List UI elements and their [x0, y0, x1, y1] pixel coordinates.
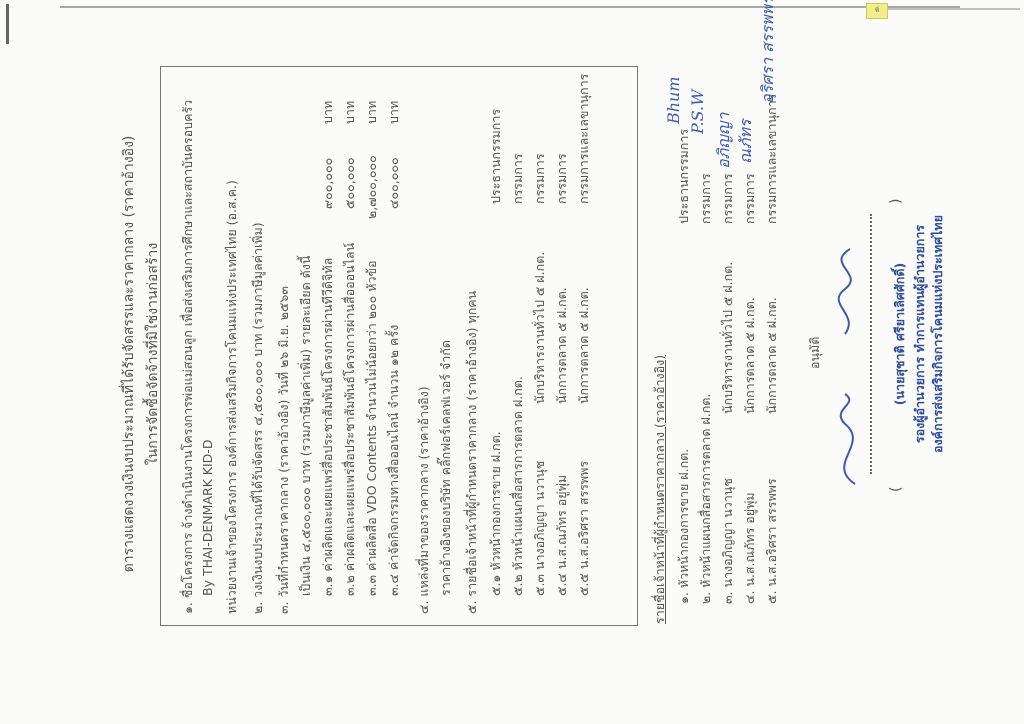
- signature: Bhum: [664, 76, 683, 124]
- cost-unit: บาท: [340, 101, 360, 124]
- approver-title: รองผู้อำนวยการ ทำการแทนผู้อำนวยการ: [910, 144, 930, 524]
- signatory-name: ๓. นางอภิญญา นวานุช: [718, 478, 738, 604]
- signature-line: [870, 214, 872, 474]
- signatory-name: ๔. น.ส.ณภัทร อยู่พุ่ม: [740, 492, 760, 604]
- approver-signature: [815, 204, 875, 504]
- committee-position: นักการตลาด ๕ ฝ.กต.: [574, 287, 594, 404]
- item-total: เป็นเงิน ๔,๕๐๐,๐๐๐ บาท (รวมภาษีมูลค่าเพิ…: [296, 256, 316, 596]
- signatory-role: กรรมการ: [696, 173, 716, 224]
- cost-unit: บาท: [318, 101, 338, 124]
- committee-position: นักการตลาด ๕ ฝ.กต.: [552, 287, 572, 404]
- item-budget: ๒. วงเงินงบประมาณที่ได้รับจัดสรร ๔,๕๐๐,๐…: [248, 222, 268, 614]
- item-project-name-cont: By THAI-DENMARK KID-D: [200, 440, 215, 596]
- signatory-name: ๕. น.ส.อริศรา สรรพพร: [762, 478, 782, 604]
- item-source: ๔. แหล่งที่มาของราคากลาง (ราคาอ้างอิง): [414, 386, 434, 614]
- cost-amount: ๙๐๐,๐๐๐: [318, 158, 338, 209]
- committee-role: กรรมการ: [530, 153, 550, 204]
- signature: อริศรา สรรพพร: [756, 0, 781, 104]
- document-page: ตารางแสดงวงเงินงบประมาณที่ได้รับจัดสรรแล…: [0, 0, 1024, 724]
- approver-name: (นายสุชาติ ศรียาเลิศศักดิ์): [890, 144, 910, 524]
- signature: P.S.W: [688, 89, 707, 134]
- committee-name: ๕.๔ น.ส.ณภัทร อยู่พุ่ม: [552, 475, 572, 596]
- signatory-role: ประธานกรรมการ: [674, 129, 694, 224]
- item-agency: หน่วยงานเจ้าของโครงการ องค์การส่งเสริมกิ…: [222, 180, 242, 614]
- committee-name: ๕.๕ น.ส.อริศรา สรรพพร: [574, 461, 594, 596]
- committee-name: ๕.๓ นางอภิญญา นวานุช: [530, 461, 550, 596]
- item-project-name: ๑. ชื่อโครงการ จ้างดำเนินงานโครงการพ่อแม…: [178, 100, 198, 614]
- item-committee: ๕. รายชื่อเจ้าหน้าที่ผู้กำหนดราคากลาง (ร…: [462, 291, 482, 614]
- cost-item: ๓.๑ ค่าผลิตและเผยแพร่สื่อประชาสัมพันธ์โค…: [318, 258, 338, 596]
- cost-amount: ๔๐๐,๐๐๐: [384, 157, 404, 209]
- signatory-position: นักการตลาด ๕ ฝ.กต.: [740, 297, 760, 414]
- committee-role: กรรมการ: [552, 153, 572, 204]
- cost-amount: ๒,๗๐๐,๐๐๐: [362, 155, 382, 219]
- item-price-date: ๓. วันที่กำหนดราคากลาง (ราคาอ้างอิง) วัน…: [274, 286, 294, 614]
- cost-amount: ๕๐๐,๐๐๐: [340, 157, 360, 209]
- signature: ณภัทร: [734, 119, 759, 164]
- signatory-position: นักบริหารงานทั่วไป ๕ ฝ.กต.: [718, 262, 738, 414]
- signatory-role: กรรมการและเลขานุการ: [762, 94, 782, 224]
- document-title: ตารางแสดงวงเงินงบประมาณที่ได้รับจัดสรรแล…: [118, 74, 140, 634]
- item-source-detail: ราคาอ้างอิงของบริษัท คลิ๊กฟอร์เคลฟเวอร์ …: [436, 340, 456, 596]
- cost-item: ๓.๒ ค่าผลิตและเผยแพร่สื่อประชาสัมพันธ์โค…: [340, 243, 360, 596]
- signatory-role: กรรมการ: [740, 173, 760, 224]
- cost-item: ๓.๓ ค่าผลิตสื่อ VDO Contents จำนวนไม่น้อ…: [362, 260, 382, 596]
- cost-unit: บาท: [384, 101, 404, 124]
- committee-role: ประธานกรรมการ: [486, 109, 506, 204]
- committee-name: ๕.๑ หัวหน้ากองการขาย ฝ.กต.: [486, 431, 506, 596]
- approver-org: องค์การส่งเสริมกิจการโคนมแห่งประเทศไทย: [928, 144, 948, 524]
- signatory-role: กรรมการ: [718, 173, 738, 224]
- committee-role: กรรมการ: [508, 153, 528, 204]
- cost-item: ๓.๔ ค่าจัดกิจกรรมทางสื่อออนไลน์ จำนวน ๑๒…: [384, 325, 404, 596]
- signatories-heading: รายชื่อเจ้าหน้าที่ผู้กำหนดราคากลาง (ราคา…: [650, 355, 670, 624]
- committee-role: กรรมการและเลขานุการ: [574, 74, 594, 204]
- signatory-name: ๑. หัวหน้ากองการขาย ฝ.กต.: [674, 449, 694, 604]
- committee-name: ๕.๒ หัวหน้าแผนกสื่อสารการตลาด ฝ.กต.: [508, 376, 528, 596]
- committee-position: นักบริหารงานทั่วไป ๕ ฝ.กต.: [530, 252, 550, 404]
- signatory-position: นักการตลาด ๕ ฝ.กต.: [762, 297, 782, 414]
- cost-unit: บาท: [362, 101, 382, 124]
- signatory-name: ๒. หัวหน้าแผนกสื่อสารการตลาด ฝ.กต.: [696, 394, 716, 604]
